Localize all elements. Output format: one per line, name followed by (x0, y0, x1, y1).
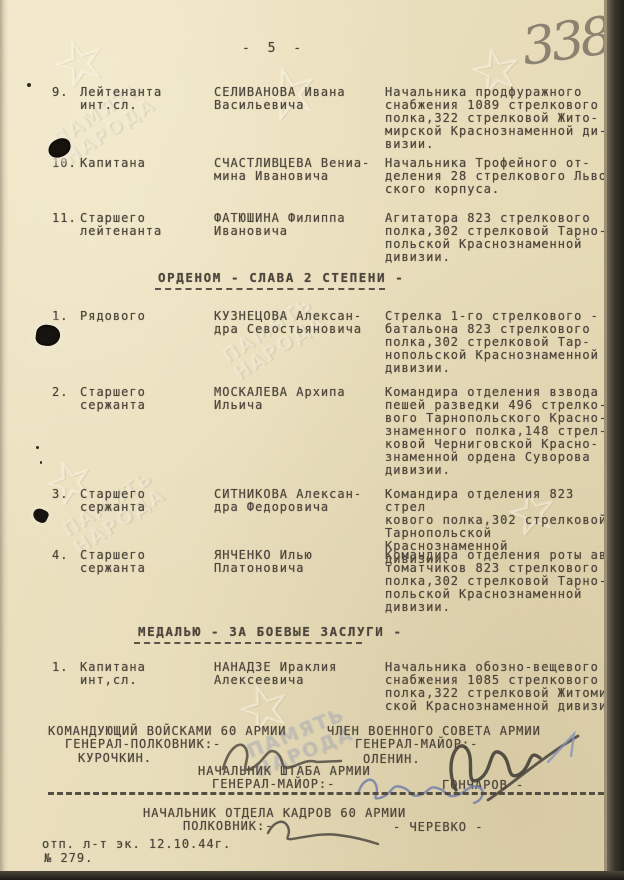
section-title-order-slava: ОРДЕНОМ - СЛАВА 2 СТЕПЕНИ - (158, 271, 404, 284)
chief-of-staff-signature (352, 766, 487, 806)
entry-person-name: СЧАСТЛИВЦЕВА Вениа- мина Ивановича (214, 157, 389, 183)
entry-number: 1. (52, 310, 68, 323)
entry-person-name: СЕЛИВАНОВА Ивана Васильевича (214, 86, 389, 112)
council-member-name: ОЛЕНИН. (363, 753, 421, 766)
entry-rank: Капитана инт,сл. (80, 661, 215, 687)
entry-description: Начальника продфуражного снабжения 1089 … (385, 86, 607, 151)
paper-left-edge (0, 0, 9, 871)
entry-person-name: ЯНЧЕНКО Илью Платоновича (214, 549, 389, 575)
entry-description: Командира отделения роты ав- томатчиков … (385, 549, 607, 614)
copy-number: № 279. (44, 852, 93, 865)
entry-rank: Старшего сержанта (80, 386, 215, 412)
entry-number: 2. (52, 386, 68, 399)
entry-description: Стрелка 1-го стрелкового - батальона 823… (385, 310, 607, 375)
paper-hole (35, 323, 62, 347)
paper-page: ☆ ПАМЯТЬ НАРОДА ☆ ☆ ПАМЯТЬ НАРОДА ☆ ПАМЯ… (0, 0, 607, 873)
entry-person-name: СИТНИКОВА Алексан- дра Федоровича (214, 488, 389, 514)
personnel-chief-signature (262, 813, 382, 847)
entry-description: Начальника обозно-вещевого снабжения 108… (385, 661, 607, 713)
paper-hole (31, 506, 50, 524)
scan-background-bottom (0, 871, 624, 880)
entry-person-name: ФАТЮШИНА Филиппа Ивановича (214, 212, 389, 238)
typist-note: отп. л-т эк. 12.10.44г. (42, 838, 231, 851)
ink-speck (40, 461, 42, 464)
ink-speck (36, 446, 39, 449)
entry-rank: Старшего лейтенанта (80, 212, 215, 238)
entry-number: 4. (52, 549, 68, 562)
page-number: - 5 - (242, 42, 306, 55)
entry-number: 9. (52, 86, 68, 99)
chief-of-staff-rank: ГЕНЕРАЛ-МАЙОР:- (212, 778, 335, 791)
entry-person-name: КУЗНЕЦОВА Алексан- дра Севостьяновича (214, 310, 389, 336)
entry-number: 3. (52, 488, 68, 501)
entry-number: 1. (52, 661, 68, 674)
handwritten-sheet-number: 338 (518, 6, 607, 78)
section-underline (134, 642, 362, 644)
entry-number: 10. (52, 157, 77, 170)
personnel-chief-name: - ЧЕРЕВКО - (393, 821, 483, 834)
section-title-medal-combat-merit: МЕДАЛЬЮ - ЗА БОЕВЫЕ ЗАСЛУГИ - (138, 625, 403, 638)
entry-description: Агитатора 823 стрелкового полка,302 стре… (385, 212, 607, 264)
entry-description: Начальника Трофейного от- деления 28 стр… (385, 157, 607, 196)
commander-name: КУРОЧКИН. (78, 752, 152, 765)
commander-signature (215, 733, 345, 779)
ink-speck (27, 83, 31, 87)
entry-rank: Старшего сержанта (80, 488, 215, 514)
archive-text-watermark: ПАМЯТЬ НАРОДА (219, 293, 329, 385)
entry-rank: Старшего сержанта (80, 549, 215, 575)
separator-dashed-line (48, 792, 604, 795)
entry-rank: Лейтенанта инт.сл. (80, 86, 215, 112)
entry-person-name: МОСКАЛЕВА Архипа Ильича (214, 386, 389, 412)
entry-description: Командира отделения взвода пешей разведк… (385, 386, 607, 477)
scan-background-right (607, 0, 624, 880)
personnel-chief-rank: ПОЛКОВНИК:- (183, 820, 273, 833)
entry-person-name: НАНАДЗЕ Ираклия Алексеевича (214, 661, 389, 687)
entry-rank: Рядового (80, 310, 215, 323)
section-underline (155, 288, 385, 290)
entry-rank: Капитана (80, 157, 215, 170)
entry-number: 11. (52, 212, 77, 225)
commander-rank: ГЕНЕРАЛ-ПОЛКОВНИК:- (65, 738, 221, 751)
document-scan: ☆ ПАМЯТЬ НАРОДА ☆ ☆ ПАМЯТЬ НАРОДА ☆ ПАМЯ… (0, 0, 624, 880)
